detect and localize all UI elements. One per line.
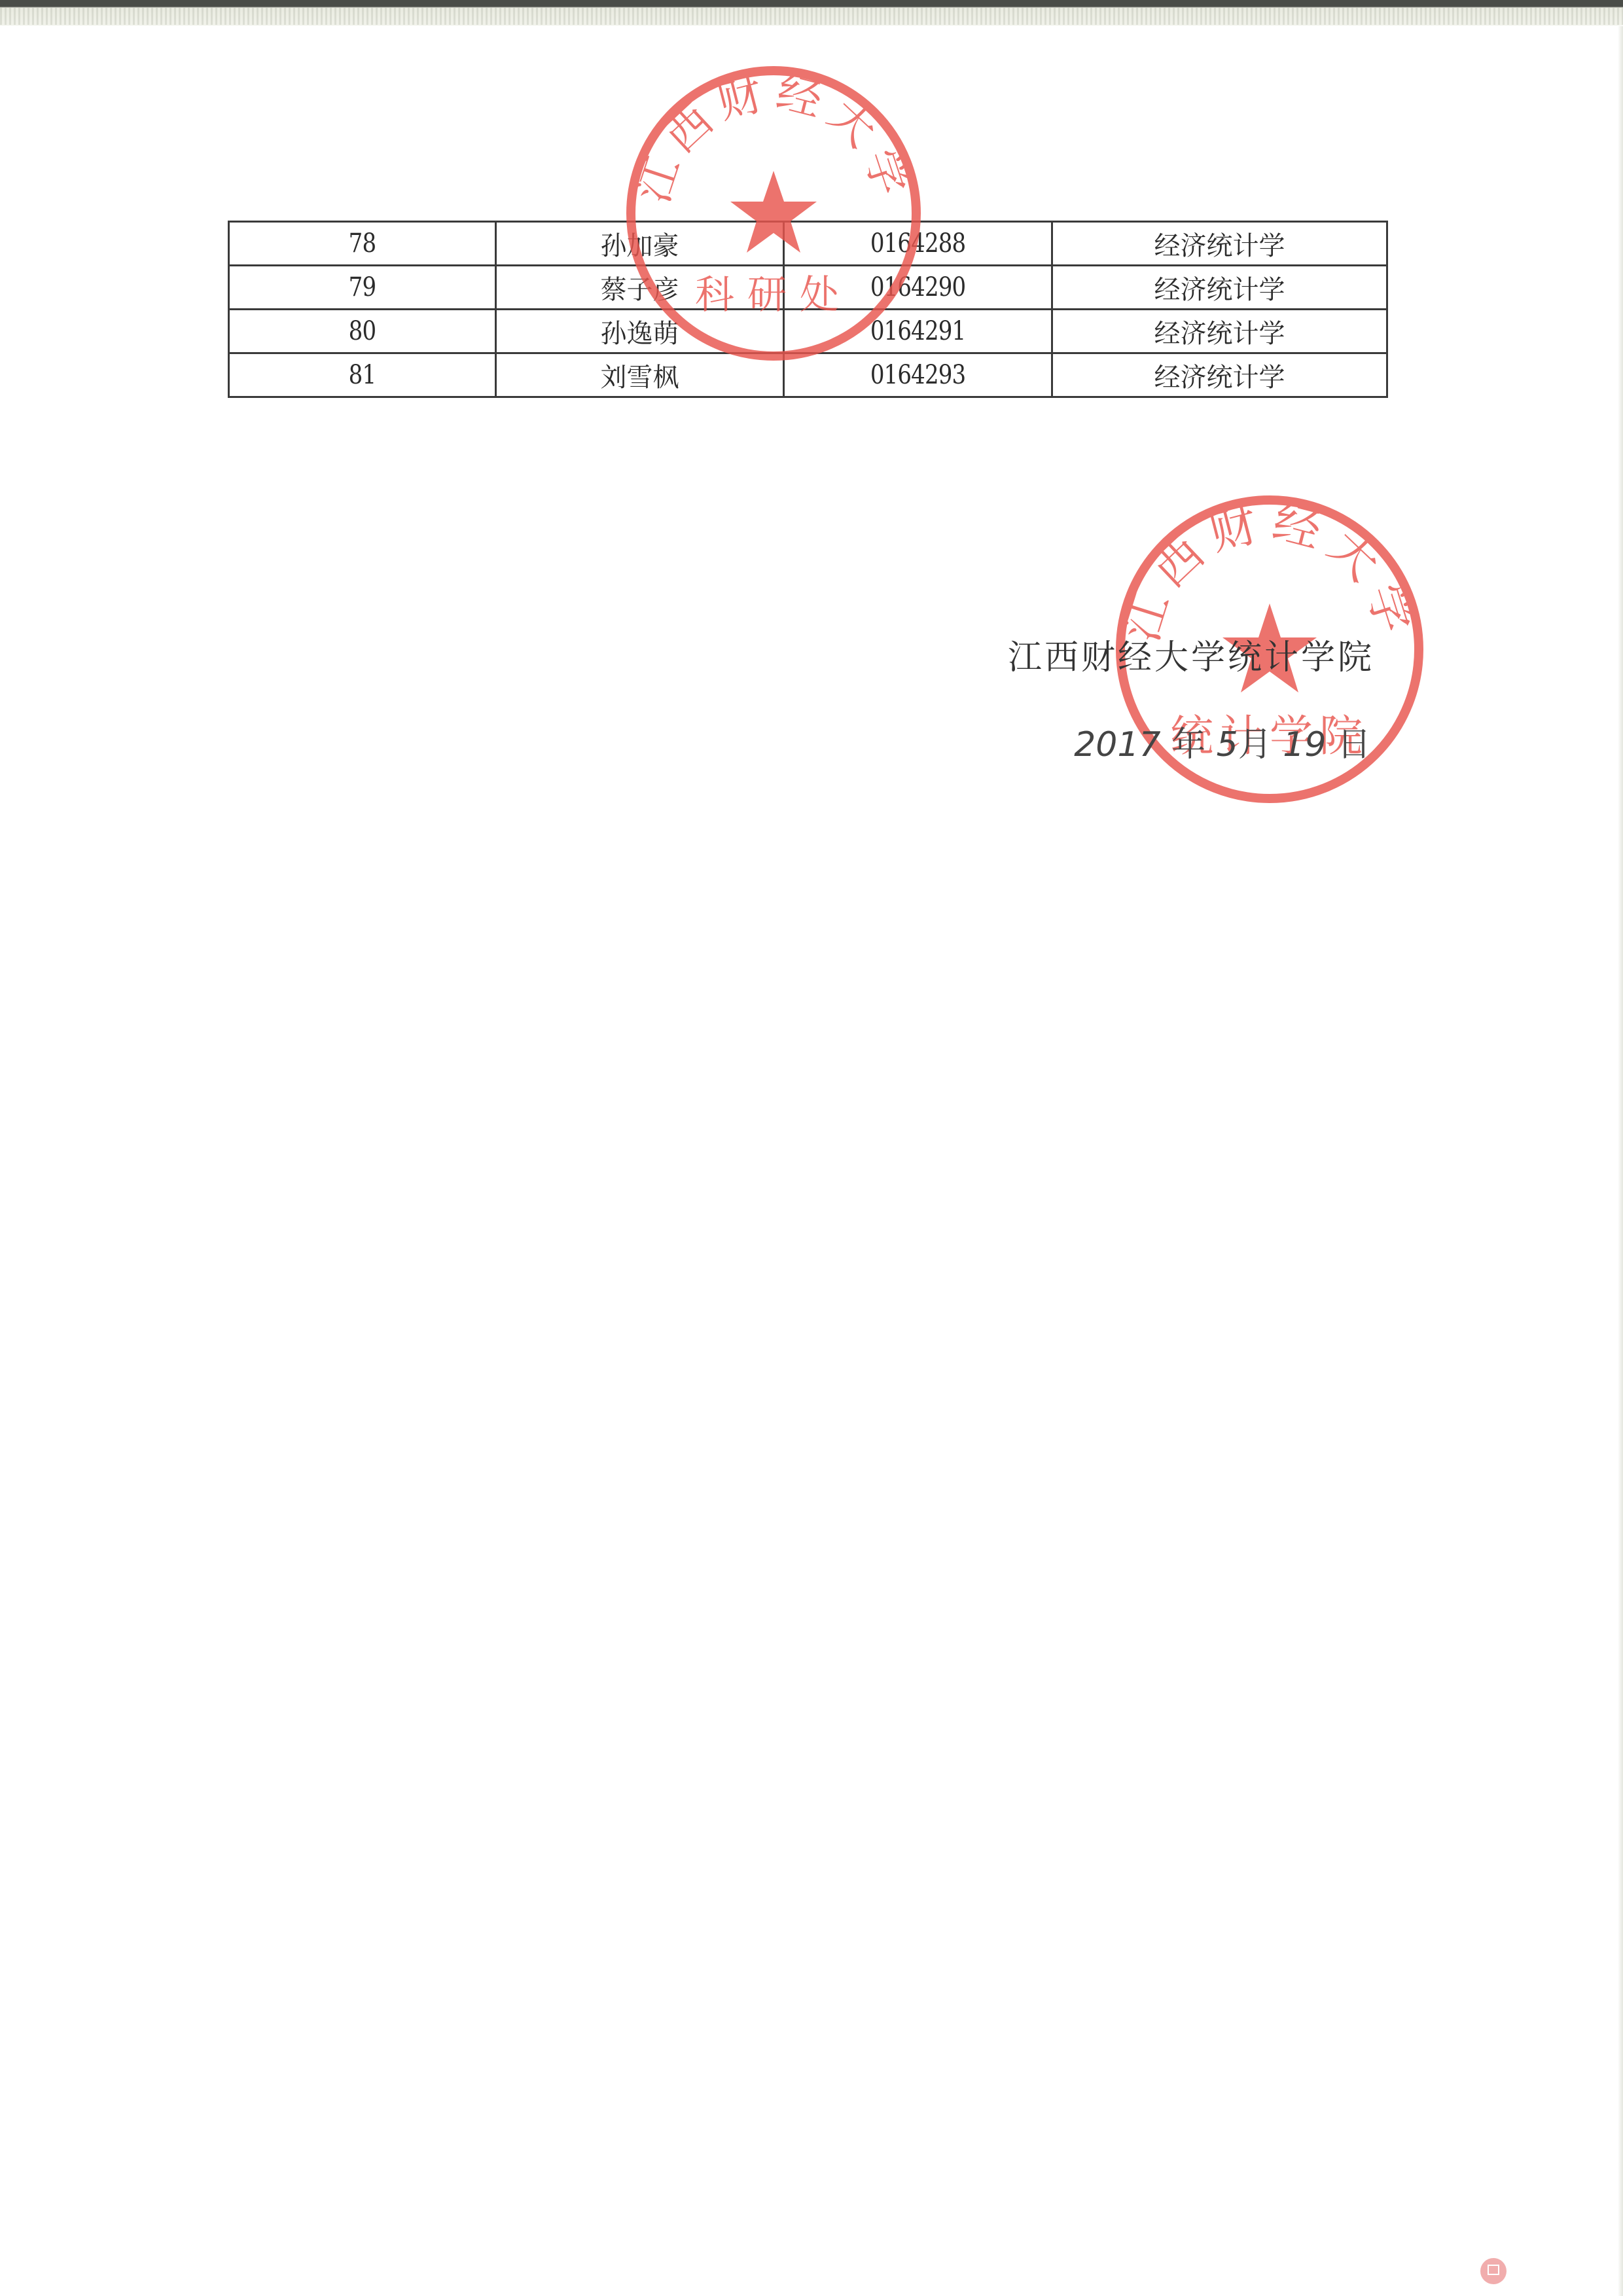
row-index: 80 — [349, 316, 376, 346]
student-name: 刘雪枫 — [601, 363, 679, 393]
row-index: 78 — [349, 228, 376, 259]
table-row: 80孙逸萌0164291经济统计学 — [229, 310, 1387, 353]
date-month-unit: 月 — [1238, 725, 1272, 764]
row-index-cell: 78 — [229, 222, 496, 266]
row-index-cell: 79 — [229, 266, 496, 310]
student-id: 0164291 — [870, 316, 965, 346]
student-name-cell: 孙逸萌 — [496, 310, 784, 353]
seal-ring-text: 江西财经大学 — [628, 66, 920, 209]
date-year: 2017 — [1074, 725, 1160, 764]
date-month: 5 — [1217, 725, 1238, 764]
student-id-cell: 0164291 — [784, 310, 1052, 353]
student-major: 经济统计学 — [1154, 231, 1285, 261]
student-major: 经济统计学 — [1154, 363, 1285, 393]
table-row: 81刘雪枫0164293经济统计学 — [229, 353, 1387, 397]
seal-ring-text: 江西财经大学 — [1113, 493, 1426, 647]
date-year-unit: 年 — [1171, 725, 1205, 764]
student-name: 孙逸萌 — [601, 319, 679, 349]
issue-date: 2017 年 5月 19 日 — [982, 717, 1371, 766]
student-major: 经济统计学 — [1154, 275, 1285, 305]
svg-text:江西财经大学: 江西财经大学 — [1113, 493, 1426, 647]
student-name: 蔡子彦 — [601, 275, 679, 305]
student-id: 0164293 — [870, 360, 965, 390]
row-index: 79 — [349, 272, 376, 302]
student-major-cell: 经济统计学 — [1052, 222, 1387, 266]
date-day-unit: 日 — [1337, 725, 1371, 764]
row-index-cell: 80 — [229, 310, 496, 353]
scanner-edge — [0, 0, 1623, 26]
scanner-edge-right — [1618, 26, 1623, 2296]
table-row: 79蔡子彦0164290经济统计学 — [229, 266, 1387, 310]
row-index: 81 — [349, 360, 376, 390]
student-name: 孙加豪 — [601, 231, 679, 261]
student-major: 经济统计学 — [1154, 319, 1285, 349]
roster-body: 78孙加豪0164288经济统计学79蔡子彦0164290经济统计学80孙逸萌0… — [229, 222, 1387, 397]
svg-text:江西财经大学: 江西财经大学 — [628, 66, 920, 209]
student-id-cell: 0164293 — [784, 353, 1052, 397]
table-row: 78孙加豪0164288经济统计学 — [229, 222, 1387, 266]
student-major-cell: 经济统计学 — [1052, 353, 1387, 397]
student-major-cell: 经济统计学 — [1052, 310, 1387, 353]
scanner-watermark-icon — [1480, 2258, 1507, 2284]
row-index-cell: 81 — [229, 353, 496, 397]
student-id-cell: 0164290 — [784, 266, 1052, 310]
student-id-cell: 0164288 — [784, 222, 1052, 266]
student-id: 0164288 — [870, 228, 965, 259]
student-name-cell: 刘雪枫 — [496, 353, 784, 397]
student-major-cell: 经济统计学 — [1052, 266, 1387, 310]
student-roster-table: 78孙加豪0164288经济统计学79蔡子彦0164290经济统计学80孙逸萌0… — [228, 221, 1388, 398]
issuing-organization: 江西财经大学统计学院 — [982, 630, 1374, 679]
student-id: 0164290 — [870, 272, 965, 302]
student-name-cell: 孙加豪 — [496, 222, 784, 266]
student-name-cell: 蔡子彦 — [496, 266, 784, 310]
date-day: 19 — [1283, 725, 1326, 764]
scanner-grain — [0, 8, 1623, 25]
